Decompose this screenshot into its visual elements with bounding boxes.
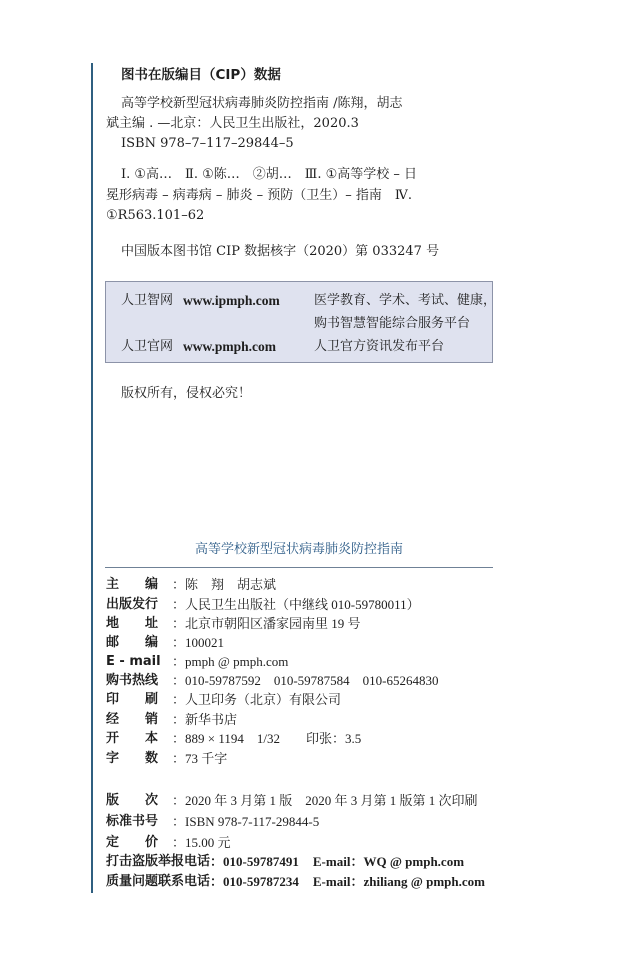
separator: ： bbox=[210, 854, 223, 870]
cip-line: 冕形病毒 – 病毒病 – 肺炎 – 预防（卫生）– 指南 Ⅳ. bbox=[106, 188, 412, 204]
row-value: 人卫印务（北京）有限公司 bbox=[185, 692, 341, 708]
row-value: ISBN 978-7-117-29844-5 bbox=[185, 814, 319, 830]
separator: ： bbox=[172, 814, 185, 830]
row-value: 2020 年 3 月第 1 版 2020 年 3 月第 1 版第 1 次印刷 bbox=[185, 793, 478, 809]
email-label: E-mail bbox=[313, 854, 351, 870]
colophon-title: 高等学校新型冠状病毒肺炎防控指南 bbox=[105, 542, 493, 558]
row-value: 010-59787592 010-59787584 010-65264830 bbox=[185, 673, 439, 689]
colophon-row-publisher: 出版发行：人民卫生出版社（中继线 010-59780011） bbox=[106, 597, 420, 613]
separator: ： bbox=[172, 635, 185, 651]
row-value: 新华书店 bbox=[185, 712, 237, 728]
cip-isbn: ISBN 978–7–117–29844–5 bbox=[121, 136, 294, 152]
colophon-row-edition: 版 次：2020 年 3 月第 1 版 2020 年 3 月第 1 版第 1 次… bbox=[106, 793, 478, 809]
box-desc: 购书智慧智能综合服务平台 bbox=[314, 316, 470, 332]
colophon-row-format: 开 本：889 × 1194 1/32 印张：3.5 bbox=[106, 731, 361, 747]
quality-phone: 010-59787234 bbox=[223, 874, 299, 890]
separator: ： bbox=[172, 673, 185, 689]
box-label: 人卫智网 bbox=[121, 293, 173, 309]
separator: ： bbox=[210, 874, 223, 890]
piracy-phone: 010-59787491 bbox=[223, 854, 299, 870]
separator: ： bbox=[172, 597, 185, 613]
row-value: 15.00 元 bbox=[185, 835, 231, 851]
box-desc: 人卫官方资讯发布平台 bbox=[314, 339, 444, 355]
row-label: 地 址 bbox=[106, 616, 172, 632]
cip-record-number: 中国版本图书馆 CIP 数据核字（2020）第 033247 号 bbox=[121, 244, 439, 260]
left-accent-bar bbox=[91, 63, 93, 893]
copyright-notice: 版权所有，侵权必究！ bbox=[121, 386, 251, 402]
info-box: 人卫智网 www.ipmph.com 医学教育、学术、考试、健康， 购书智慧智能… bbox=[105, 281, 493, 363]
email-label: E-mail bbox=[313, 874, 351, 890]
separator: ： bbox=[350, 874, 363, 890]
row-value: 人民卫生出版社（中继线 010-59780011） bbox=[185, 597, 420, 613]
row-label: 字 数 bbox=[106, 751, 172, 767]
cip-line: 高等学校新型冠状病毒肺炎防控指南 /陈翔，胡志 bbox=[121, 96, 403, 112]
row-value[interactable]: pmph @ pmph.com bbox=[185, 654, 288, 670]
separator: ： bbox=[172, 712, 185, 728]
row-label: 经 销 bbox=[106, 712, 172, 728]
colophon-row-printer: 印 刷：人卫印务（北京）有限公司 bbox=[106, 692, 341, 708]
cip-line: Ⅰ. ①高… Ⅱ. ①陈… ②胡… Ⅲ. ①高等学校 – 日 bbox=[121, 167, 417, 183]
colophon-row-wordcount: 字 数：73 千字 bbox=[106, 751, 227, 767]
row-label: 版 次 bbox=[106, 793, 172, 809]
separator: ： bbox=[172, 793, 185, 809]
row-label: 印 刷 bbox=[106, 692, 172, 708]
row-label: 出版发行 bbox=[106, 597, 172, 613]
row-label: 开 本 bbox=[106, 731, 172, 747]
colophon-row-hotline: 购书热线：010-59787592 010-59787584 010-65264… bbox=[106, 673, 439, 689]
piracy-email[interactable]: WQ @ pmph.com bbox=[363, 854, 464, 870]
row-label: 购书热线 bbox=[106, 673, 172, 689]
colophon-row-distributor: 经 销：新华书店 bbox=[106, 712, 237, 728]
colophon-row-address: 地 址：北京市朝阳区潘家园南里 19 号 bbox=[106, 616, 361, 632]
quality-email[interactable]: zhiliang @ pmph.com bbox=[363, 874, 485, 890]
row-label: 定 价 bbox=[106, 835, 172, 851]
row-label: 标准书号 bbox=[106, 814, 172, 830]
row-label: 打击盗版举报电话 bbox=[106, 854, 210, 870]
separator: ： bbox=[172, 731, 185, 747]
row-value: 889 × 1194 1/32 印张：3.5 bbox=[185, 731, 361, 747]
row-value: 100021 bbox=[185, 635, 224, 651]
colophon-row-isbn: 标准书号：ISBN 978-7-117-29844-5 bbox=[106, 814, 319, 830]
colophon-row-editor: 主 编：陈 翔 胡志斌 bbox=[106, 577, 276, 593]
colophon-row-price: 定 价：15.00 元 bbox=[106, 835, 231, 851]
separator: ： bbox=[172, 835, 185, 851]
row-value: 73 千字 bbox=[185, 751, 227, 767]
cip-title: 图书在版编目（CIP）数据 bbox=[121, 67, 281, 83]
colophon-row-email: E - mail：pmph @ pmph.com bbox=[106, 654, 288, 670]
separator: ： bbox=[350, 854, 363, 870]
separator: ： bbox=[172, 692, 185, 708]
row-value: 北京市朝阳区潘家园南里 19 号 bbox=[185, 616, 361, 632]
colophon-row-quality: 质量问题联系电话：010-59787234E-mail：zhiliang @ p… bbox=[106, 874, 485, 890]
colophon-row-postcode: 邮 编：100021 bbox=[106, 635, 224, 651]
row-value: 陈 翔 胡志斌 bbox=[185, 577, 276, 593]
row-label: 邮 编 bbox=[106, 635, 172, 651]
cip-line: 斌主编 . —北京：人民卫生出版社，2020.3 bbox=[106, 116, 359, 132]
divider bbox=[105, 567, 493, 568]
ipmph-link[interactable]: www.ipmph.com bbox=[183, 293, 280, 309]
row-label: E - mail bbox=[106, 654, 172, 670]
separator: ： bbox=[172, 654, 185, 670]
separator: ： bbox=[172, 751, 185, 767]
pmph-link[interactable]: www.pmph.com bbox=[183, 339, 276, 355]
separator: ： bbox=[172, 616, 185, 632]
row-label: 质量问题联系电话 bbox=[106, 874, 210, 890]
cip-line: ①R563.101–62 bbox=[106, 208, 204, 224]
box-label: 人卫官网 bbox=[121, 339, 173, 355]
colophon-row-piracy: 打击盗版举报电话：010-59787491E-mail：WQ @ pmph.co… bbox=[106, 854, 464, 870]
box-desc: 医学教育、学术、考试、健康， bbox=[314, 293, 496, 309]
row-label: 主 编 bbox=[106, 577, 172, 593]
separator: ： bbox=[172, 577, 185, 593]
